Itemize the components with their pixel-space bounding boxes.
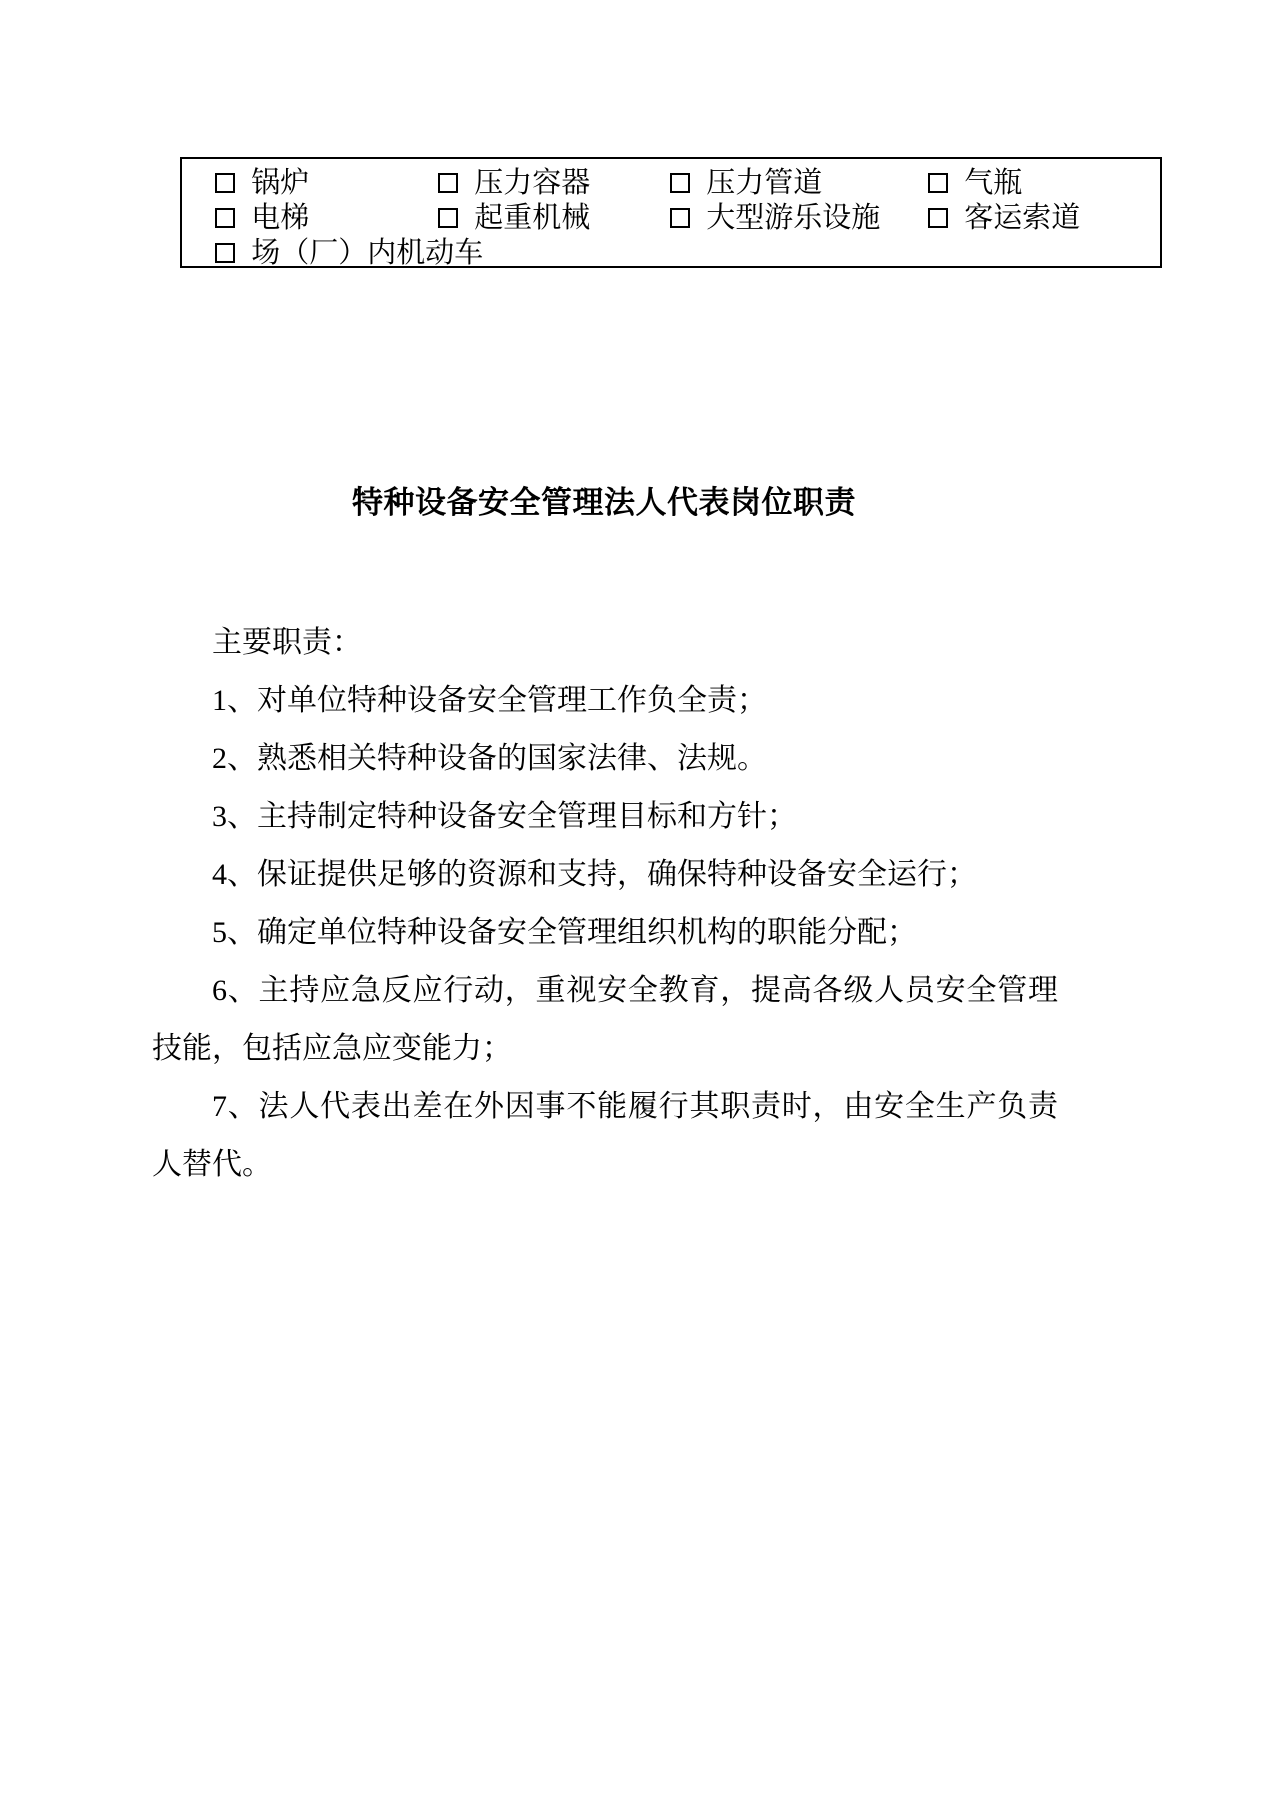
equipment-option: 压力管道 (670, 166, 822, 201)
equipment-box: 锅炉 压力容器 压力管道 气瓶 电梯 起重机械 大型游乐设施 客运索道 场（厂）… (180, 157, 1162, 268)
checkbox-icon[interactable] (438, 208, 458, 228)
equipment-option: 压力容器 (438, 166, 590, 201)
doc-body: 主要职责： 1、对单位特种设备安全管理工作负全责；2、熟悉相关特种设备的国家法律… (152, 614, 1058, 1194)
checkbox-icon[interactable] (215, 208, 235, 228)
equipment-label: 大型游乐设施 (706, 202, 880, 234)
equipment-label: 电梯 (251, 202, 309, 234)
responsibility-item: 7、法人代表出差在外因事不能履行其职责时，由安全生产负责人替代。 (152, 1078, 1058, 1194)
checkbox-icon[interactable] (670, 173, 690, 193)
checkbox-icon[interactable] (438, 173, 458, 193)
equipment-label: 压力管道 (706, 167, 822, 199)
checkbox-icon[interactable] (670, 208, 690, 228)
equipment-option: 起重机械 (438, 201, 590, 236)
responsibility-item: 5、确定单位特种设备安全管理组织机构的职能分配； (152, 904, 1058, 962)
equipment-option: 场（厂）内机动车 (215, 236, 483, 271)
checkbox-icon[interactable] (215, 243, 235, 263)
equipment-row: 电梯 起重机械 大型游乐设施 客运索道 (182, 201, 1160, 236)
equipment-option: 气瓶 (928, 166, 1022, 201)
equipment-label: 起重机械 (474, 202, 590, 234)
responsibility-item: 2、熟悉相关特种设备的国家法律、法规。 (152, 730, 1058, 788)
responsibility-list: 1、对单位特种设备安全管理工作负全责；2、熟悉相关特种设备的国家法律、法规。3、… (152, 672, 1058, 1194)
equipment-option: 电梯 (215, 201, 309, 236)
checkbox-icon[interactable] (928, 173, 948, 193)
equipment-label: 锅炉 (251, 167, 309, 199)
equipment-option: 客运索道 (928, 201, 1080, 236)
checkbox-icon[interactable] (215, 173, 235, 193)
equipment-label: 场（厂）内机动车 (251, 237, 483, 269)
equipment-label: 客运索道 (964, 202, 1080, 234)
equipment-row: 锅炉 压力容器 压力管道 气瓶 (182, 166, 1160, 201)
equipment-label: 气瓶 (964, 167, 1022, 199)
section-heading: 主要职责： (152, 614, 1058, 672)
document-page: 锅炉 压力容器 压力管道 气瓶 电梯 起重机械 大型游乐设施 客运索道 场（厂）… (0, 0, 1275, 1804)
checkbox-icon[interactable] (928, 208, 948, 228)
equipment-option: 锅炉 (215, 166, 309, 201)
responsibility-item: 1、对单位特种设备安全管理工作负全责； (152, 672, 1058, 730)
page-title: 特种设备安全管理法人代表岗位职责 (352, 486, 856, 520)
responsibility-item: 3、主持制定特种设备安全管理目标和方针； (152, 788, 1058, 846)
equipment-row: 场（厂）内机动车 (182, 236, 1160, 271)
equipment-option: 大型游乐设施 (670, 201, 880, 236)
equipment-label: 压力容器 (474, 167, 590, 199)
responsibility-item: 6、主持应急反应行动，重视安全教育，提高各级人员安全管理技能，包括应急应变能力； (152, 962, 1058, 1078)
responsibility-item: 4、保证提供足够的资源和支持，确保特种设备安全运行； (152, 846, 1058, 904)
